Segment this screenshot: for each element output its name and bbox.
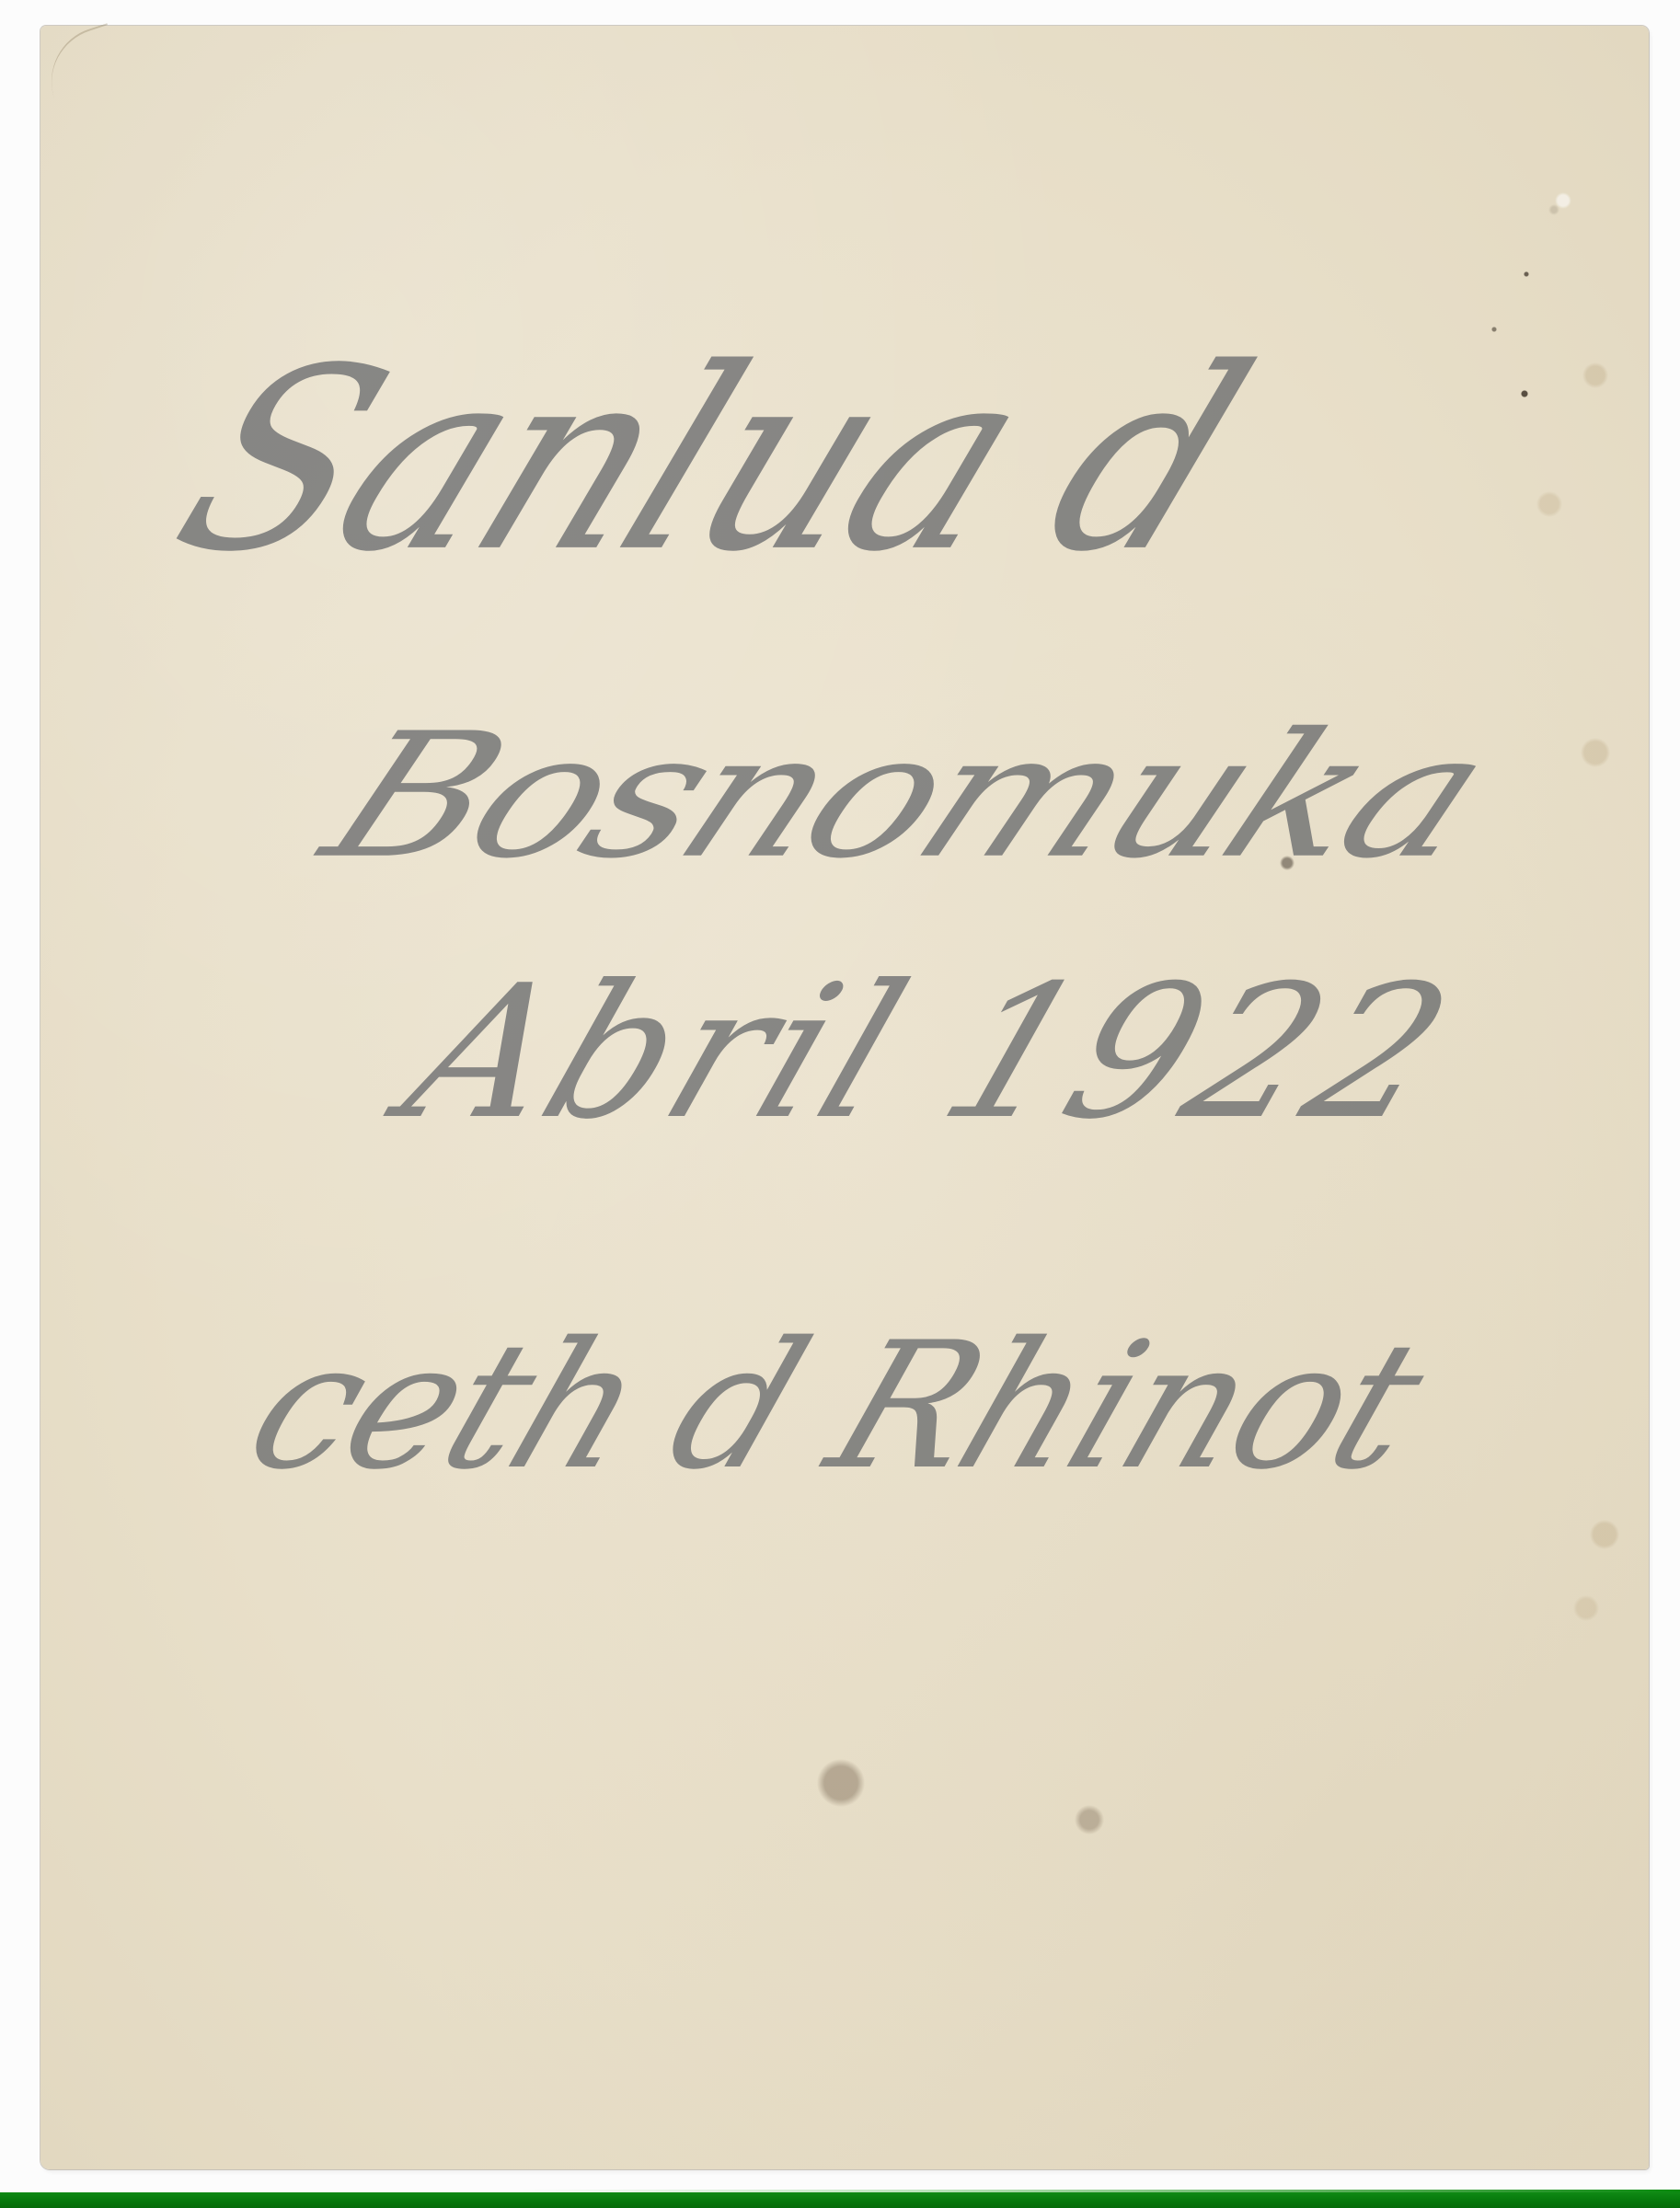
handwriting-line-3-date: Abril 1922: [381, 946, 1479, 1160]
corner-crease: [37, 23, 124, 100]
handwriting-line-1: Sanlua d: [142, 316, 1278, 607]
handwriting-line-2: Bosnomuka: [298, 696, 1513, 896]
footer-bar: [0, 2192, 1680, 2208]
handwriting-line-4: ceth d Rhinot: [224, 1305, 1446, 1508]
photo-card-back: Sanlua d Bosnomuka Abril 1922 ceth d Rhi…: [40, 26, 1649, 2169]
